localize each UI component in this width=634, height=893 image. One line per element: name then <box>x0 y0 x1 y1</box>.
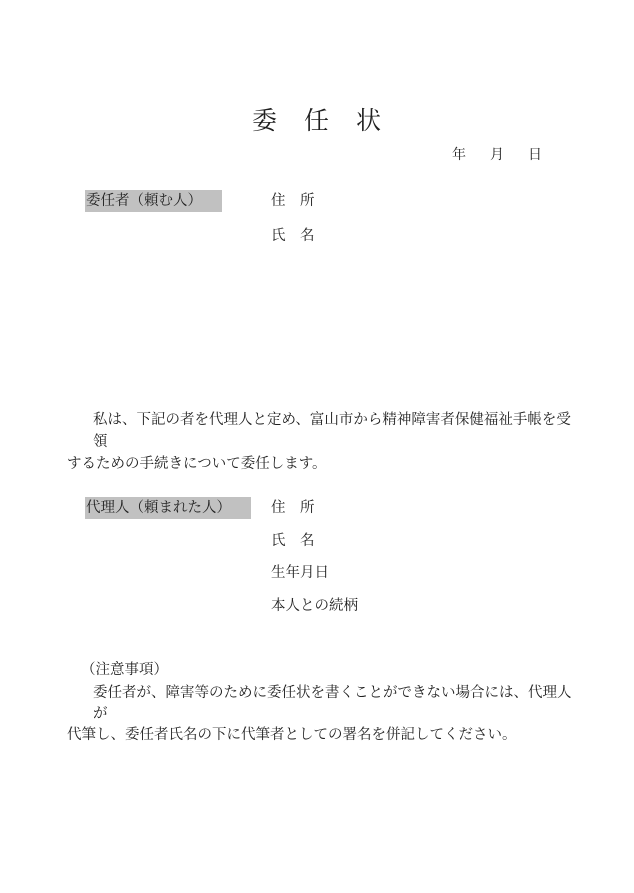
date-month-label: 月 <box>490 144 504 164</box>
date-day-label: 日 <box>528 144 542 164</box>
document-title: 委 任 状 <box>0 101 634 137</box>
delegator-address-field-label: 住 所 <box>271 191 315 211</box>
notes-line-1: 委任者が、障害等のために委任状を書くことができない場合には、代理人が <box>67 683 579 725</box>
agent-name-field-label: 氏 名 <box>271 531 315 551</box>
agent-label: 代理人（頼まれた人） <box>85 497 251 519</box>
notes-line-2: 代筆し、委任者氏名の下に代筆者としての署名を併記してください。 <box>67 725 579 746</box>
delegation-statement-line-1: 私は、下記の者を代理人と定め、富山市から精神障害者保健福祉手帳を受領 <box>67 409 579 453</box>
date-year-label: 年 <box>452 144 466 164</box>
agent-address-field-label: 住 所 <box>271 498 315 518</box>
date-line: 年 月 日 <box>452 144 542 164</box>
delegation-statement-line-2: するための手続きについて委任します。 <box>67 453 579 475</box>
agent-birthdate-field-label: 生年月日 <box>271 563 329 583</box>
notes-heading: （注意事項） <box>81 660 168 681</box>
delegator-name-field-label: 氏 名 <box>271 226 315 246</box>
agent-relationship-field-label: 本人との続柄 <box>271 596 358 616</box>
delegator-label: 委任者（頼む人） <box>85 190 222 212</box>
notes-paragraph: 委任者が、障害等のために委任状を書くことができない場合には、代理人が 代筆し、委… <box>67 683 579 746</box>
document-page: 委 任 状 年 月 日 委任者（頼む人） 住 所 氏 名 私は、下記の者を代理人… <box>0 0 634 893</box>
delegation-statement: 私は、下記の者を代理人と定め、富山市から精神障害者保健福祉手帳を受領 するための… <box>67 409 579 475</box>
